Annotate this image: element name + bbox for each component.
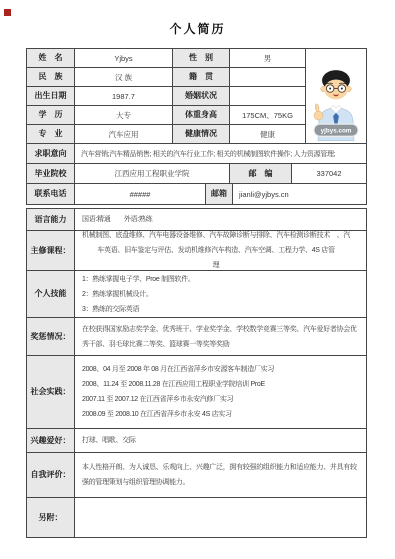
courses-row: 主修课程： 机械制图、底盘维修、汽车电器设备维修、汽车故障诊断与排除、汽车检测诊… <box>27 231 366 271</box>
birthdate-value: 1987.7 <box>75 87 173 106</box>
name-value: Yjbys <box>75 49 173 68</box>
gender-value: 男 <box>230 49 305 68</box>
hobbies-label: 兴趣爱好： <box>27 429 75 453</box>
education-value: 大专 <box>75 106 173 125</box>
avatar-eye-left <box>329 88 331 90</box>
hobbies-value: 打球、唱歌、交际 <box>75 429 366 453</box>
basic-info-grid: 姓 名 Yjbys 性 别 男 民 族 汉 族 籍 贯 出生日期 1987.7 … <box>27 49 305 144</box>
self-evaluation-row: 自我评价： 本人性格开朗、为人诚恳、乐观向上、兴趣广泛，拥有较强的组织能力和适应… <box>27 453 366 498</box>
language-label: 语言能力 <box>27 209 75 231</box>
practice-value: 2008、04 月至 2008 年 08 月在江西省萍乡市安源客车制造厂实习 2… <box>75 356 366 429</box>
height-weight-label: 体重身高 <box>173 106 230 125</box>
school-row: 毕业院校 江西应用工程职业学院 邮 编 337042 <box>27 164 366 184</box>
phone-label: 联系电话 <box>27 184 75 204</box>
height-weight-value: 175CM、75KG <box>230 106 305 125</box>
job-intent-row: 求职意向 汽车营销;汽车精品销售; 相关的汽车行业工作; 相关的机械制图软件操作… <box>27 144 366 164</box>
awards-row: 奖惩情况： 在校获得国家励志奖学金、优秀班干、学业奖学金、学校数学竞赛三等奖、汽… <box>27 318 366 356</box>
site-badge-text: yjbys.com <box>321 128 352 135</box>
awards-label: 奖惩情况： <box>27 318 75 356</box>
health-value: 健康 <box>230 125 305 144</box>
hobbies-row: 兴趣爱好： 打球、唱歌、交际 <box>27 429 366 453</box>
table-row: 学 历 大专 体重身高 175CM、75KG <box>27 106 305 125</box>
education-label: 学 历 <box>27 106 75 125</box>
courses-label: 主修课程： <box>27 231 75 271</box>
table-row: 民 族 汉 族 籍 贯 <box>27 68 305 87</box>
appendix-value <box>75 498 366 537</box>
phone-value: ##### <box>75 184 206 204</box>
avatar-eye-right <box>341 88 343 90</box>
major-value: 汽车应用 <box>75 125 173 144</box>
marital-status-label: 婚姻状况 <box>173 87 230 106</box>
postcode-label: 邮 编 <box>230 164 292 184</box>
skills-value: 1：熟练掌握电子学、Proe 制图软件。 2：熟练掌握机械设计。 3：熟练的交际… <box>75 271 366 318</box>
avatar-hand <box>314 111 323 120</box>
marital-status-value <box>230 87 305 106</box>
ethnicity-label: 民 族 <box>27 68 75 87</box>
table-row: 姓 名 Yjbys 性 别 男 <box>27 49 305 68</box>
native-place-value <box>230 68 305 87</box>
ethnicity-value: 汉 族 <box>75 68 173 87</box>
resume-page: 个人简历 姓 名 Yjbys 性 别 男 民 族 汉 族 籍 贯 出生日期 <box>0 0 395 559</box>
basic-info-table: 姓 名 Yjbys 性 别 男 民 族 汉 族 籍 贯 出生日期 1987.7 … <box>26 48 367 205</box>
school-label: 毕业院校 <box>27 164 75 184</box>
email-label: 邮箱 <box>206 184 233 204</box>
page-title: 个人简历 <box>0 20 395 37</box>
job-intent-label: 求职意向 <box>27 144 75 164</box>
awards-value: 在校获得国家励志奖学金、优秀班干、学业奖学金、学校数学竞赛三等奖、汽车爱好者协会… <box>75 318 366 356</box>
self-evaluation-label: 自我评价： <box>27 453 75 498</box>
table-row: 专 业 汽车应用 健康情况 健康 <box>27 125 305 144</box>
red-square-mark <box>4 9 11 16</box>
photo-cell: yjbys.com <box>305 49 366 144</box>
contact-row: 联系电话 ##### 邮箱 jianli@yjbys.cn <box>27 184 366 204</box>
birthdate-label: 出生日期 <box>27 87 75 106</box>
skills-label: 个人技能 <box>27 271 75 318</box>
detail-table: 语言能力 国语:精通 外语:熟练 主修课程： 机械制图、底盘维修、汽车电器设备维… <box>26 208 367 538</box>
appendix-row: 另附： <box>27 498 366 537</box>
native-place-label: 籍 贯 <box>173 68 230 87</box>
skills-row: 个人技能 1：熟练掌握电子学、Proe 制图软件。 2：熟练掌握机械设计。 3：… <box>27 271 366 318</box>
gender-label: 性 别 <box>173 49 230 68</box>
self-evaluation-value: 本人性格开朗、为人诚恳、乐观向上、兴趣广泛，拥有较强的组织能力和适应能力、并具有… <box>75 453 366 498</box>
job-intent-value: 汽车营销;汽车精品销售; 相关的汽车行业工作; 相关的机械制图软件操作; 人力资… <box>75 144 366 164</box>
school-value: 江西应用工程职业学院 <box>75 164 230 184</box>
email-value: jianli@yjbys.cn <box>233 184 366 204</box>
appendix-label: 另附： <box>27 498 75 537</box>
courses-value: 机械制图、底盘维修、汽车电器设备维修、汽车故障诊断与排除、汽车检测诊断技术 、汽… <box>75 231 366 271</box>
postcode-value: 337042 <box>292 164 366 184</box>
table-row: 出生日期 1987.7 婚姻状况 <box>27 87 305 106</box>
health-label: 健康情况 <box>173 125 230 144</box>
avatar-photo: yjbys.com <box>309 64 363 141</box>
name-label: 姓 名 <box>27 49 75 68</box>
practice-label: 社会实践： <box>27 356 75 429</box>
practice-row: 社会实践： 2008、04 月至 2008 年 08 月在江西省萍乡市安源客车制… <box>27 356 366 429</box>
major-label: 专 业 <box>27 125 75 144</box>
